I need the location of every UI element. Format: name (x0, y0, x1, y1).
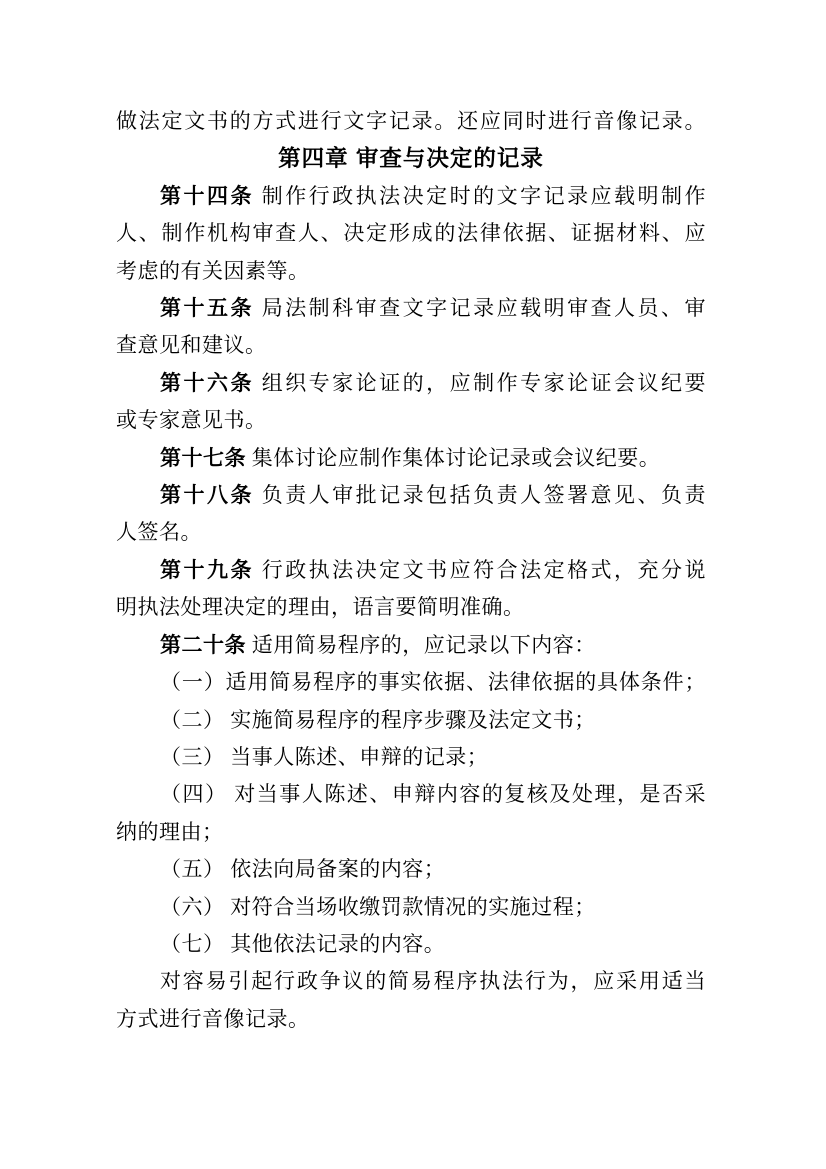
line-text: 或专家意见书。 (116, 408, 267, 432)
text-line: 或专家意见书。 (116, 402, 706, 439)
article-number-label: 第十五条 (160, 296, 254, 320)
line-text: （七） 其他依法记录的内容。 (160, 932, 445, 956)
line-text: 第四章 审查与决定的记录 (278, 146, 544, 171)
line-text: 行政执法决定文书应符合法定格式，充分说 (254, 558, 706, 582)
line-text: 明执法处理决定的理由，语言要简明准确。 (116, 595, 525, 619)
line-text: 纳的理由； (116, 820, 224, 844)
text-line: （一）适用简易程序的事实依据、法律依据的具体条件； (116, 664, 706, 701)
text-line: 第十八条 负责人审批记录包括负责人签署意见、负责 (116, 477, 706, 514)
line-text: （三） 当事人陈述、申辩的记录； (160, 745, 488, 769)
line-text: 考虑的有关因素等。 (116, 259, 310, 283)
text-line: 第十四条 制作行政执法决定时的文字记录应载明制作 (116, 178, 706, 215)
text-line: 第十七条 集体讨论应制作集体讨论记录或会议纪要。 (116, 440, 706, 477)
text-line: 纳的理由； (116, 814, 706, 851)
article-number-label: 第二十条 (160, 633, 246, 657)
line-text: 适用简易程序的，应记录以下内容： (246, 633, 596, 657)
text-line: 第十六条 组织专家论证的，应制作专家论证会议纪要 (116, 365, 706, 402)
article-number-label: 第十九条 (160, 558, 254, 582)
text-line: 第十九条 行政执法决定文书应符合法定格式，充分说 (116, 552, 706, 589)
article-number-label: 第十六条 (160, 371, 254, 395)
line-text: 人签名。 (116, 520, 202, 544)
line-text: 集体讨论应制作集体讨论记录或会议纪要。 (246, 446, 660, 470)
text-line: 人签名。 (116, 514, 706, 551)
text-line: 考虑的有关因素等。 (116, 253, 706, 290)
text-line: 查意见和建议。 (116, 327, 706, 364)
text-line: （五） 依法向局备案的内容； (116, 851, 706, 888)
line-text: 查意见和建议。 (116, 333, 267, 357)
document-page: 做法定文书的方式进行文字记录。还应同时进行音像记录。第四章 审查与决定的记录第十… (0, 0, 826, 1169)
text-line: （二） 实施简易程序的程序步骤及法定文书； (116, 702, 706, 739)
line-text: （五） 依法向局备案的内容； (160, 857, 445, 881)
text-line: （六） 对符合当场收缴罚款情况的实施过程； (116, 889, 706, 926)
document-text: 做法定文书的方式进行文字记录。还应同时进行音像记录。第四章 审查与决定的记录第十… (116, 103, 706, 1038)
line-text: 做法定文书的方式进行文字记录。还应同时进行音像记录。 (116, 109, 706, 133)
text-line: 明执法处理决定的理由，语言要简明准确。 (116, 589, 706, 626)
line-text: （四） 对当事人陈述、申辩内容的复核及处理，是否采 (160, 782, 706, 806)
article-number-label: 第十八条 (160, 483, 254, 507)
text-line: （七） 其他依法记录的内容。 (116, 926, 706, 963)
article-number-label: 第十七条 (160, 446, 246, 470)
article-number-label: 第十四条 (160, 184, 254, 208)
text-line: 人、制作机构审查人、决定形成的法律依据、证据材料、应 (116, 215, 706, 252)
text-line: （三） 当事人陈述、申辩的记录； (116, 739, 706, 776)
chapter-heading: 第四章 审查与决定的记录 (116, 140, 706, 177)
line-text: 组织专家论证的，应制作专家论证会议纪要 (254, 371, 706, 395)
line-text: 人、制作机构审查人、决定形成的法律依据、证据材料、应 (116, 221, 706, 245)
line-text: （六） 对符合当场收缴罚款情况的实施过程； (160, 895, 596, 919)
text-line: 第二十条 适用简易程序的，应记录以下内容： (116, 627, 706, 664)
text-line: （四） 对当事人陈述、申辩内容的复核及处理，是否采 (116, 776, 706, 813)
text-line: 方式进行音像记录。 (116, 1001, 706, 1038)
text-line: 第十五条 局法制科审查文字记录应载明审查人员、审 (116, 290, 706, 327)
text-line: 做法定文书的方式进行文字记录。还应同时进行音像记录。 (116, 103, 706, 140)
line-text: 方式进行音像记录。 (116, 1007, 310, 1031)
line-text: 对容易引起行政争议的简易程序执法行为，应采用适当 (160, 969, 706, 993)
line-text: （一）适用简易程序的事实依据、法律依据的具体条件； (160, 670, 706, 694)
text-line: 对容易引起行政争议的简易程序执法行为，应采用适当 (116, 963, 706, 1000)
line-text: 制作行政执法决定时的文字记录应载明制作 (254, 184, 706, 208)
line-text: （二） 实施简易程序的程序步骤及法定文书； (160, 708, 596, 732)
line-text: 局法制科审查文字记录应载明审查人员、审 (254, 296, 706, 320)
line-text: 负责人审批记录包括负责人签署意见、负责 (254, 483, 706, 507)
